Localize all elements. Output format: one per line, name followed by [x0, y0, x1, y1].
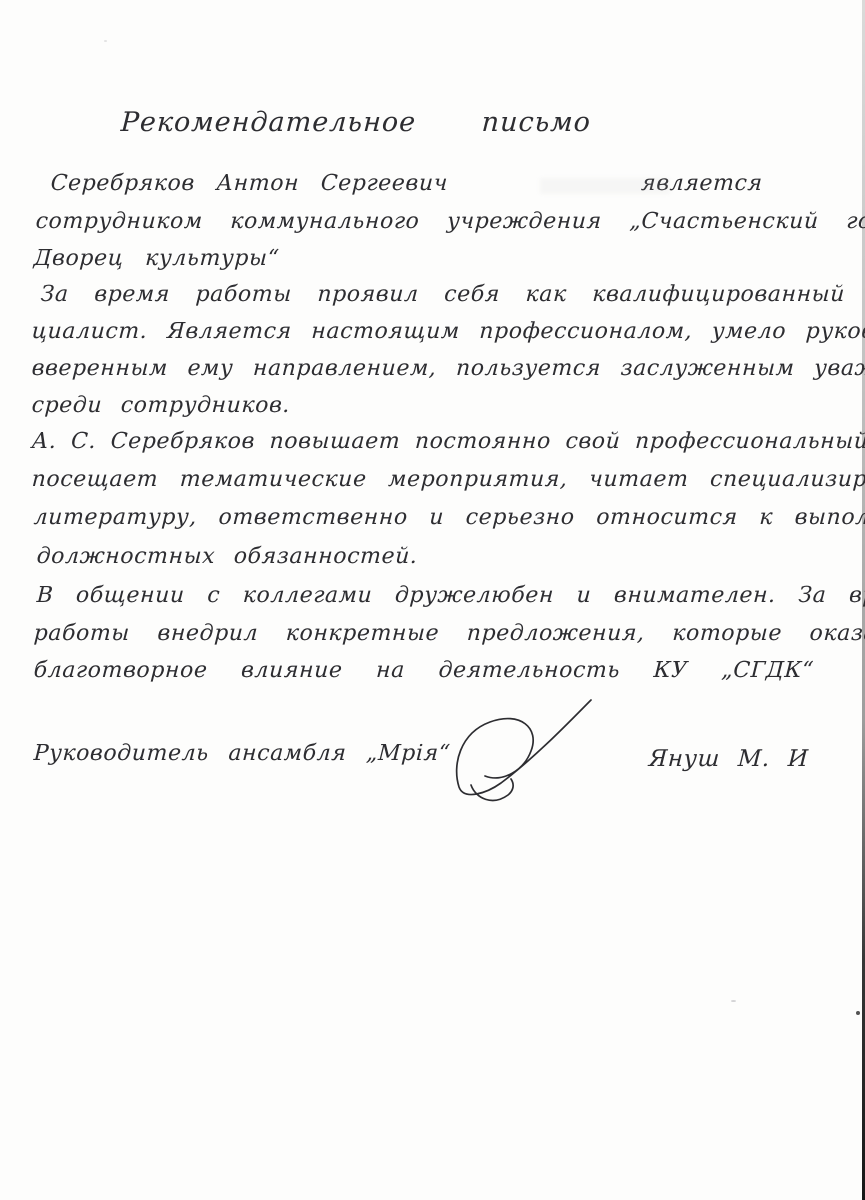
- letter-line: среди сотрудников.: [31, 394, 291, 418]
- signature-flourish-icon: [433, 658, 603, 808]
- subject-name: Серебряков Антон Сергеевич: [50, 172, 449, 196]
- eraser-smudge: [540, 178, 670, 194]
- scan-speck: [731, 1000, 736, 1002]
- letter-line: вверенным ему направлением, пользуется з…: [31, 357, 865, 381]
- signature-name: Януш М. И: [648, 747, 809, 772]
- scanned-letter-page: Рекомендательное письмо Серебряков Антон…: [0, 0, 865, 1200]
- letter-line: работы внедрил конкретные предложения, к…: [33, 622, 865, 646]
- letter-line: литературу, ответственно и серьезно отно…: [33, 506, 865, 530]
- signature-role: Руководитель ансамбля „Мрія“: [33, 742, 451, 766]
- letter-line: Дворец культуры“: [33, 247, 280, 271]
- letter-line: должностных обязанностей.: [36, 545, 418, 569]
- letter-line: циалист. Является настоящим профессионал…: [31, 320, 865, 344]
- letter-line: благотворное влияние на деятельность КУ …: [33, 659, 815, 683]
- letter-line: А. С. Серебряков повышает постоянно свой…: [31, 430, 865, 454]
- letter-title: Рекомендательное письмо: [120, 108, 592, 138]
- scan-speck: [104, 40, 107, 42]
- letter-line: сотрудником коммунального учреждения „Сч…: [35, 210, 865, 234]
- letter-line: За время работы проявил себя как квалифи…: [40, 283, 865, 307]
- letter-line: В общении с коллегами дружелюбен и внима…: [36, 584, 865, 608]
- letter-line: посещает тематические мероприятия, читае…: [31, 468, 865, 492]
- scan-speck: [856, 1011, 860, 1015]
